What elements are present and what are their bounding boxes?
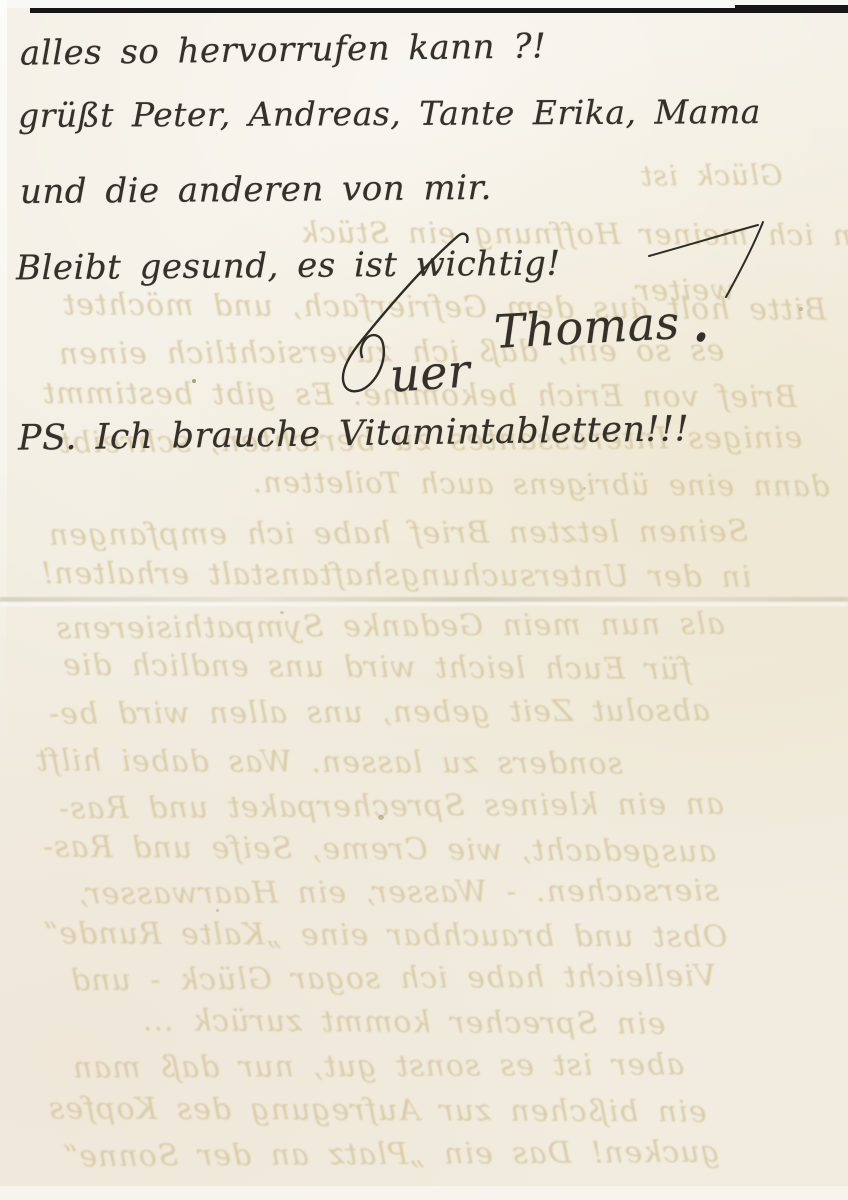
signature-flourish xyxy=(0,0,848,1200)
signature-euer: uer xyxy=(388,343,472,402)
ink-speck xyxy=(583,487,586,490)
ink-speck xyxy=(216,909,219,912)
ink-speck xyxy=(192,379,196,383)
signature-check-stroke xyxy=(649,222,763,297)
signature-name: Thomas xyxy=(493,295,681,359)
ink-speck xyxy=(799,307,803,311)
ink-speck xyxy=(378,815,384,820)
ink-speck xyxy=(280,611,284,614)
letter-page: Glück istauch bin ich meiner Hoffnung ei… xyxy=(0,0,848,1200)
